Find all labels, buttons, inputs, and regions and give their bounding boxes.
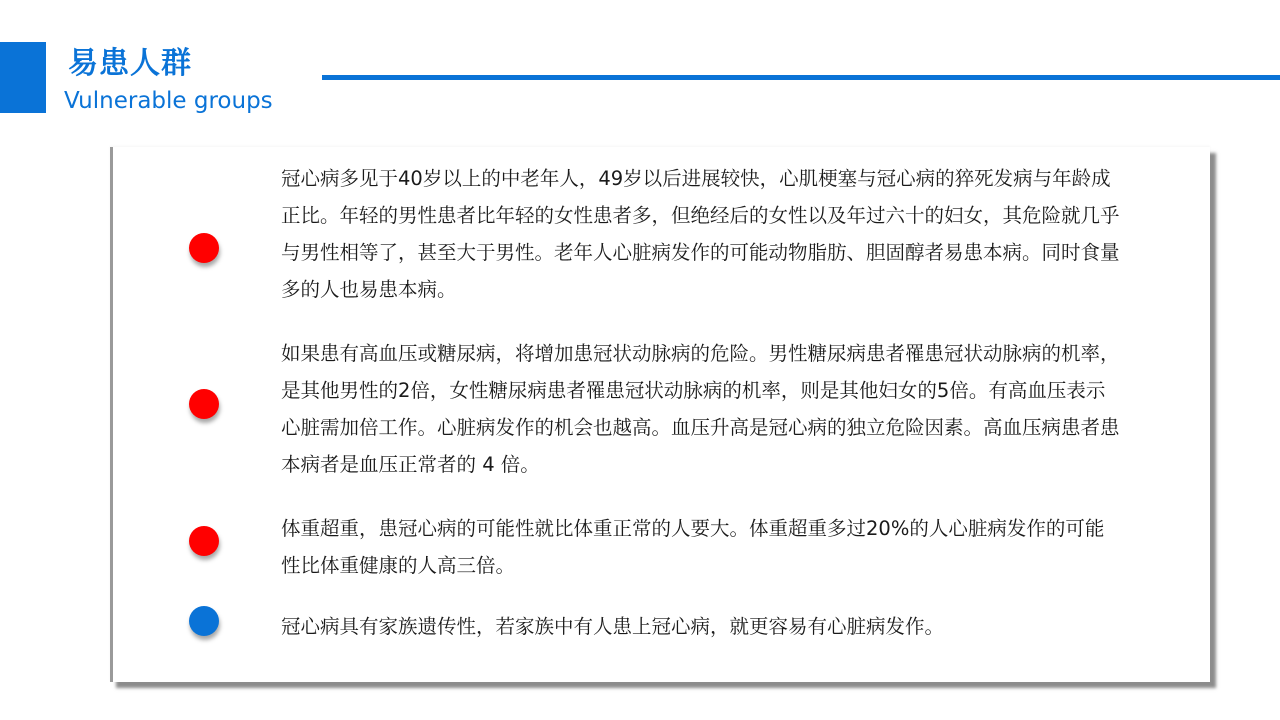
item-text: 如果患有高血压或糖尿病，将增加患冠状动脉病的危险。男性糖尿病患者罹患冠状动脉病的…	[281, 335, 1121, 483]
header-accent-block	[0, 42, 46, 113]
item-text: 冠心病具有家族遗传性，若家族中有人患上冠心病，就更容易有心脏病发作。	[281, 608, 1121, 645]
bullet-dot-icon	[189, 233, 219, 263]
bullet-dot-icon	[189, 526, 219, 556]
item-text: 体重超重，患冠心病的可能性就比体重正常的人要大。体重超重多过20%的人心脏病发作…	[281, 510, 1121, 584]
page-subtitle: Vulnerable groups	[64, 86, 273, 116]
bullet-dot-icon	[189, 606, 219, 636]
content-card: 冠心病多见于40岁以上的中老年人，49岁以后进展较快，心肌梗塞与冠心病的猝死发病…	[110, 147, 1210, 682]
item-text: 冠心病多见于40岁以上的中老年人，49岁以后进展较快，心肌梗塞与冠心病的猝死发病…	[281, 160, 1121, 308]
header-divider	[322, 75, 1280, 80]
page-title: 易患人群	[68, 44, 192, 84]
bullet-dot-icon	[189, 389, 219, 419]
